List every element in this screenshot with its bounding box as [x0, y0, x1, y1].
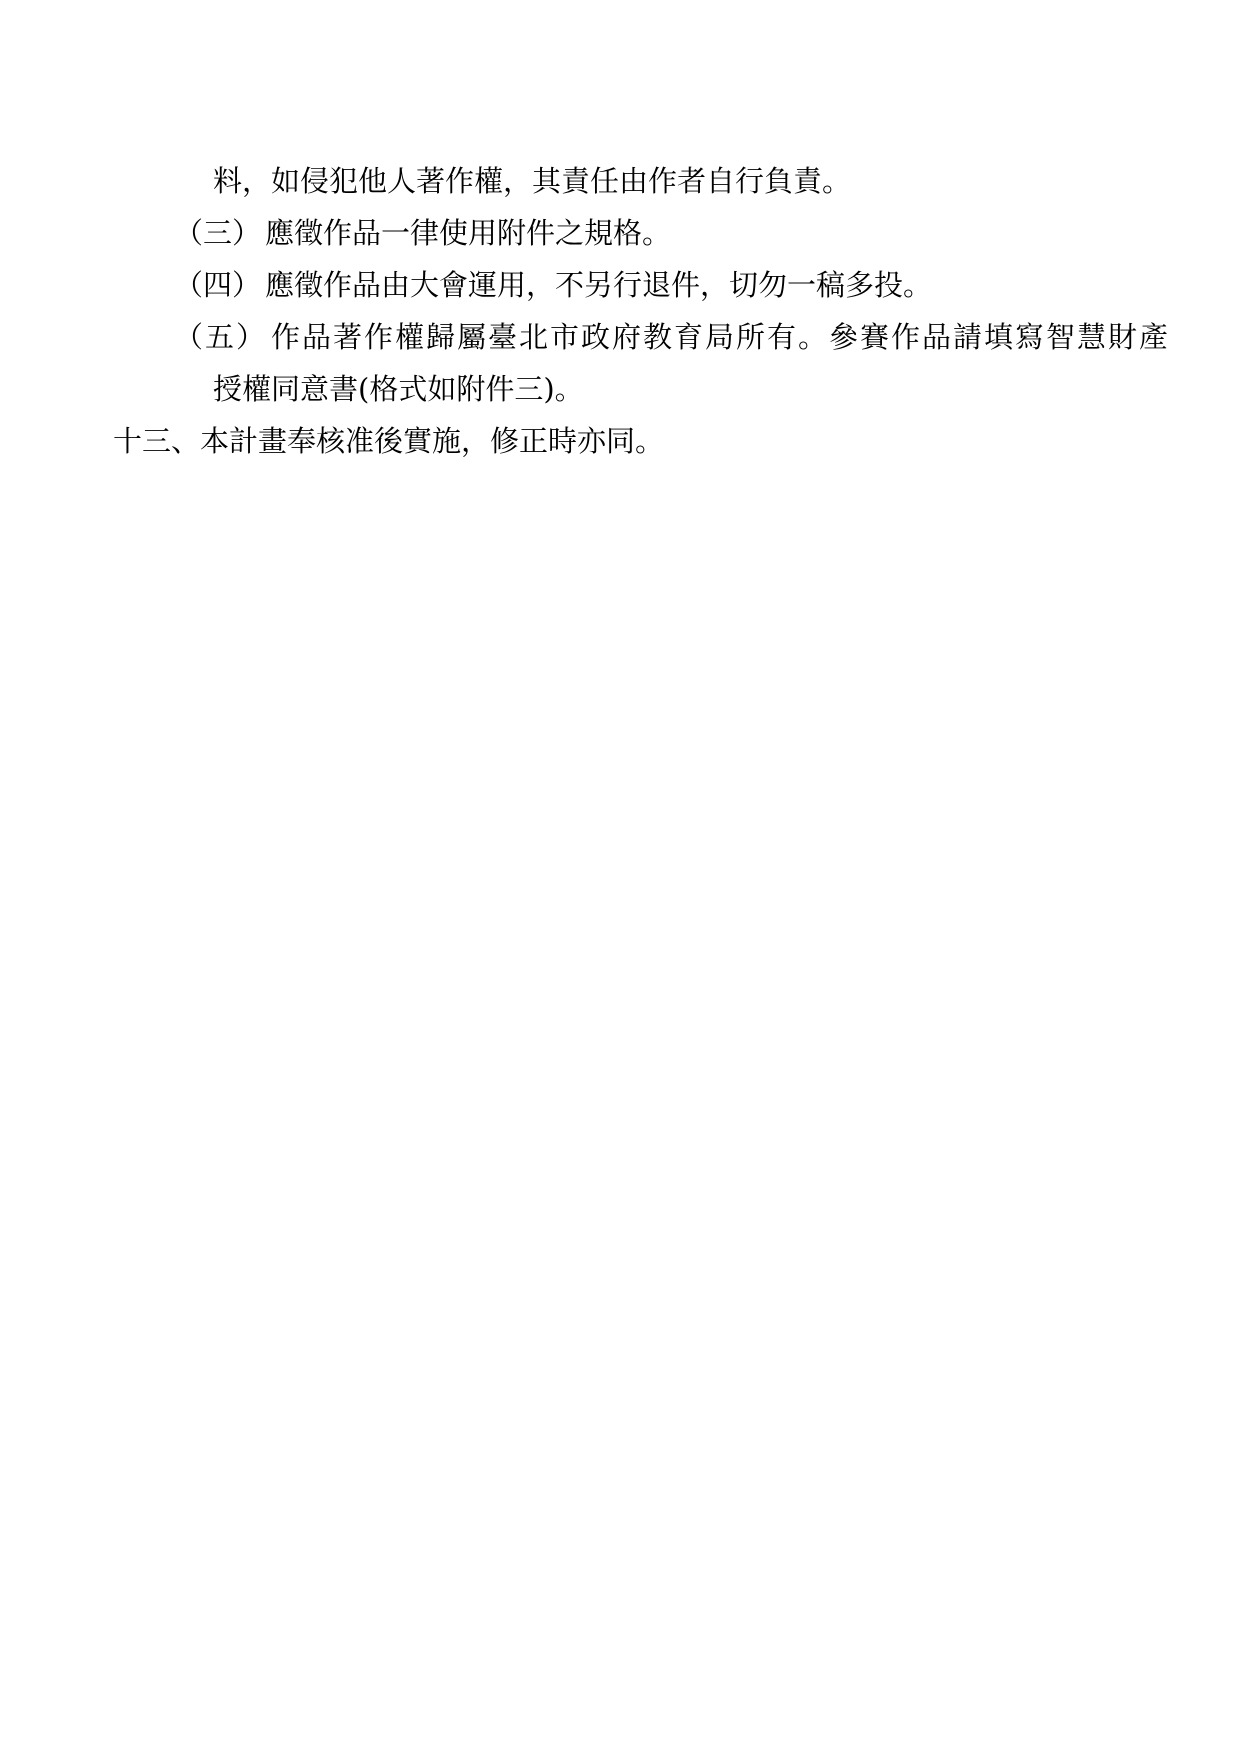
list-item-marker: （五） — [174, 320, 267, 354]
line-continuation-item-2: 料，如侵犯他人著作權，其責任由作者自行負責。 — [113, 155, 1241, 207]
list-item-marker: （三） — [174, 216, 261, 250]
line-continuation-item-5: 授權同意書(格式如附件三)。 — [113, 363, 1241, 415]
line-text: 料，如侵犯他人著作權，其責任由作者自行負責。 — [213, 164, 851, 198]
list-item-marker: 十三、 — [113, 424, 200, 458]
list-item-3: （三）應徵作品一律使用附件之規格。 — [113, 207, 1241, 259]
line-text: 作品著作權歸屬臺北市政府教育局所有。參賽作品請填寫智慧財產 — [271, 320, 1170, 354]
list-item-13: 十三、本計畫奉核准後實施，修正時亦同。 — [113, 415, 1241, 467]
document-body: 料，如侵犯他人著作權，其責任由作者自行負責。 （三）應徵作品一律使用附件之規格。… — [113, 155, 1241, 467]
list-item-5: （五）作品著作權歸屬臺北市政府教育局所有。參賽作品請填寫智慧財產 — [113, 311, 1241, 363]
document-page: 料，如侵犯他人著作權，其責任由作者自行負責。 （三）應徵作品一律使用附件之規格。… — [0, 0, 1241, 1755]
list-item-marker: （四） — [174, 268, 261, 302]
line-text: 本計畫奉核准後實施，修正時亦同。 — [200, 424, 664, 458]
list-item-4: （四）應徵作品由大會運用，不另行退件，切勿一稿多投。 — [113, 259, 1241, 311]
line-text: 應徵作品一律使用附件之規格。 — [265, 216, 671, 250]
line-text: 應徵作品由大會運用，不另行退件，切勿一稿多投。 — [265, 268, 932, 302]
line-text: 授權同意書(格式如附件三)。 — [213, 372, 584, 406]
